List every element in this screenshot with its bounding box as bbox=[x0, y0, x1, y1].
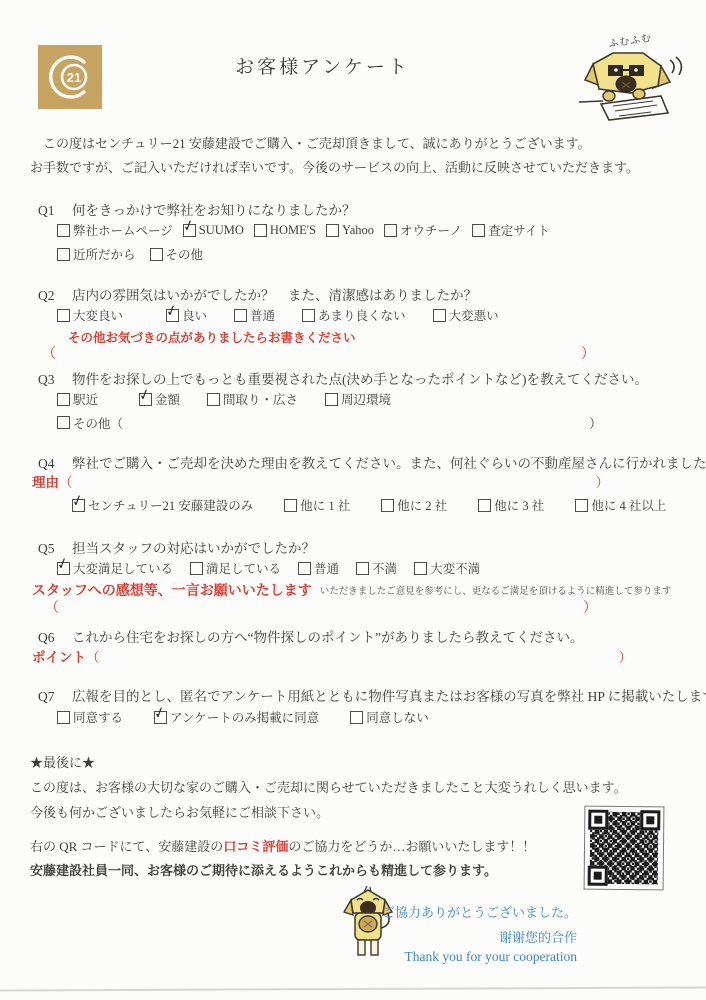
option-q2-good[interactable]: 良い bbox=[166, 306, 207, 324]
checkbox[interactable] bbox=[57, 562, 70, 575]
option-label: 不満 bbox=[372, 559, 397, 577]
option-label: 査定サイト bbox=[488, 221, 550, 239]
option-label: その他（ bbox=[73, 414, 123, 432]
option-label: 普通 bbox=[250, 306, 275, 324]
option-q1-neighborhood[interactable]: 近所だから bbox=[57, 245, 136, 263]
option-q4-three-others[interactable]: 他に 3 社 bbox=[478, 496, 544, 514]
paren-open: （ bbox=[42, 343, 56, 363]
option-label: 満足している bbox=[206, 559, 281, 577]
checkbox[interactable] bbox=[350, 711, 363, 724]
option-q1-other[interactable]: その他 bbox=[150, 245, 204, 263]
checkbox[interactable] bbox=[381, 499, 394, 512]
q6-number: Q6 bbox=[38, 630, 72, 646]
paren-close: ） bbox=[581, 343, 595, 363]
option-label: 近所だから bbox=[73, 245, 136, 263]
q3-other-response-area[interactable]: その他（ ） bbox=[57, 413, 602, 432]
checkbox[interactable] bbox=[139, 393, 152, 406]
option-label: HOME'S bbox=[270, 223, 316, 238]
q7-text: 広報を目的とし、匿名でアンケート用紙とともに物件写真またはお客様の写真を弊社 H… bbox=[72, 689, 706, 704]
qr-request-post: のご協力をどうか…お願いいたします！！ bbox=[288, 839, 535, 854]
option-q1-yahoo[interactable]: Yahoo bbox=[326, 223, 374, 238]
option-q5-normal[interactable]: 普通 bbox=[298, 559, 339, 577]
option-label: 大変不満 bbox=[430, 559, 480, 577]
option-q2-normal[interactable]: 普通 bbox=[234, 306, 275, 324]
option-label: 他に 3 社 bbox=[494, 496, 544, 514]
option-q5-dissatisfied[interactable]: 不満 bbox=[356, 559, 397, 577]
checkbox[interactable] bbox=[57, 309, 70, 322]
q2-free-response-area[interactable]: （ ） bbox=[42, 343, 595, 363]
q6-red-label: ポイント bbox=[32, 646, 86, 666]
checkbox[interactable] bbox=[57, 224, 70, 237]
option-q4-one-other[interactable]: 他に 1 社 bbox=[284, 496, 350, 514]
q2-text: 店内の雰囲気はいかがでしたか？ また、清潔感はありましたか？ bbox=[72, 288, 477, 303]
option-q1-satei-site[interactable]: 査定サイト bbox=[472, 221, 550, 239]
option-label: 他に 1 社 bbox=[300, 496, 350, 514]
option-q7-survey-only[interactable]: アンケートのみ掲載に同意 bbox=[154, 708, 319, 726]
option-q4-c21-only[interactable]: センチュリー21 安藤建設のみ bbox=[72, 496, 253, 514]
checkbox[interactable] bbox=[190, 562, 203, 575]
q3-text: 物件をお探しの上でもっとも重要視された点(決め手となったポイントなど)を教えてく… bbox=[72, 372, 648, 387]
checkbox[interactable] bbox=[325, 393, 338, 406]
option-q1-ouchino[interactable]: オウチーノ bbox=[384, 221, 462, 239]
paren-open: （ bbox=[86, 646, 100, 666]
option-label: 同意しない bbox=[366, 708, 429, 726]
option-label: 弊社ホームページ bbox=[73, 221, 173, 239]
q1-number: Q1 bbox=[38, 203, 72, 219]
q5-sub-note: いただきましたご意見を参考にし、更なるご満足を頂けるように精進して参ります bbox=[320, 583, 672, 597]
option-q2-not-so-good[interactable]: あまり良くない bbox=[302, 306, 406, 324]
option-label: 大変悪い bbox=[449, 306, 499, 324]
thanks-english: Thank you for your cooperation bbox=[300, 949, 577, 965]
checkbox[interactable] bbox=[284, 499, 297, 512]
paren-close: ） bbox=[619, 646, 633, 666]
checkbox[interactable] bbox=[472, 224, 485, 237]
checkbox[interactable] bbox=[154, 711, 167, 724]
thanks-japanese: ご協力ありがとうございました。 bbox=[300, 902, 577, 921]
checkbox[interactable] bbox=[433, 309, 446, 322]
qr-request-pre: 右の QR コードにて、安藤建設の bbox=[30, 839, 223, 854]
option-q3-environment[interactable]: 周辺環境 bbox=[325, 390, 391, 408]
option-label: 間取り・広さ bbox=[223, 390, 298, 408]
q4-text: 弊社でご購入・ご売却を決めた理由を教えてください。また、何社ぐらいの不動産屋さん… bbox=[72, 456, 706, 471]
closing-line-1: この度は、お客様の大切な家のご購入・ご売却に関らせていただきましたこと大変うれし… bbox=[30, 777, 627, 796]
scan-edge-line bbox=[0, 986, 706, 991]
option-q7-agree[interactable]: 同意する bbox=[57, 708, 123, 726]
option-q1-homes[interactable]: HOME'S bbox=[254, 223, 316, 238]
q6-point-response-area[interactable]: ポイント （ ） bbox=[32, 646, 632, 666]
paren-close: ） bbox=[583, 597, 597, 617]
dog-reading-illustration bbox=[573, 44, 685, 127]
option-label: センチュリー21 安藤建設のみ bbox=[88, 496, 253, 514]
intro-line-2: お手数ですが、ご記入いただければ幸いです。今後のサービスの向上、活動に反映させて… bbox=[30, 159, 690, 177]
option-q3-other[interactable]: その他（ bbox=[57, 414, 123, 432]
checkbox[interactable] bbox=[57, 416, 70, 429]
q1-text: 何をきっかけで弊社をお知りになりましたか？ bbox=[72, 203, 356, 218]
paren-open: （ bbox=[45, 597, 59, 617]
option-q2-very-bad[interactable]: 大変悪い bbox=[433, 306, 499, 324]
option-label: 他に 2 社 bbox=[397, 496, 447, 514]
option-label: 金額 bbox=[155, 390, 180, 408]
closing-line-2: 今後も何かございましたらお気軽にご相談下さい。 bbox=[30, 802, 329, 821]
qr-request-line-2: 安藤建設社員一同、お客様のご期待に添えるようこれからも精進して参ります。 bbox=[30, 860, 497, 879]
intro-line-1: この度はセンチュリー21 安藤建設でご購入・ご売却頂きまして、誠にありがとうござ… bbox=[30, 135, 680, 153]
option-label: 他に 4 社以上 bbox=[591, 496, 666, 514]
option-label: Yahoo bbox=[342, 223, 374, 238]
option-label: オウチーノ bbox=[400, 221, 462, 239]
option-q3-station[interactable]: 駅近 bbox=[57, 390, 98, 408]
checkbox[interactable] bbox=[298, 562, 311, 575]
checkbox[interactable] bbox=[478, 499, 491, 512]
option-label: あまり良くない bbox=[318, 306, 406, 324]
checkbox[interactable] bbox=[254, 224, 267, 237]
checkbox[interactable] bbox=[57, 393, 70, 406]
option-q5-very-dissatisfied[interactable]: 大変不満 bbox=[414, 559, 480, 577]
checkbox[interactable] bbox=[356, 562, 369, 575]
survey-page: 21 お客様アンケート ふむふむ この度はセンチュリー21 安藤建設でご購入 bbox=[0, 0, 706, 1000]
option-q3-layout[interactable]: 間取り・広さ bbox=[207, 390, 298, 408]
q4-reason-response-area[interactable]: 理由 （ ） bbox=[32, 471, 609, 491]
qr-code bbox=[584, 806, 665, 891]
checkbox[interactable] bbox=[384, 224, 397, 237]
checkbox[interactable] bbox=[57, 248, 70, 261]
option-label: SUUMO bbox=[199, 223, 244, 238]
option-label: アンケートのみ掲載に同意 bbox=[170, 708, 319, 726]
checkbox[interactable] bbox=[207, 393, 220, 406]
qr-request-highlight: 口コミ評価 bbox=[223, 839, 288, 854]
option-label: その他 bbox=[166, 245, 204, 263]
checkbox[interactable] bbox=[150, 248, 163, 261]
option-q4-four-plus[interactable]: 他に 4 社以上 bbox=[575, 496, 666, 514]
thanks-chinese: 谢谢您的合作 bbox=[300, 927, 577, 946]
q5-free-response-area[interactable]: （ ） bbox=[45, 597, 597, 617]
option-q1-homepage[interactable]: 弊社ホームページ bbox=[57, 221, 173, 239]
paren-open: （ bbox=[59, 471, 73, 491]
option-q4-two-others[interactable]: 他に 2 社 bbox=[381, 496, 447, 514]
option-q5-satisfied[interactable]: 満足している bbox=[190, 559, 281, 577]
checkbox[interactable] bbox=[72, 499, 85, 512]
checkbox[interactable] bbox=[414, 562, 427, 575]
q4-number: Q4 bbox=[38, 456, 72, 472]
q5-text: 担当スタッフの対応はいかがでしたか？ bbox=[72, 541, 315, 556]
option-label: 大変満足している bbox=[73, 559, 173, 577]
option-q3-price[interactable]: 金額 bbox=[139, 390, 180, 408]
checkbox[interactable] bbox=[166, 309, 179, 322]
option-q7-disagree[interactable]: 同意しない bbox=[350, 708, 429, 726]
q2-number: Q2 bbox=[38, 288, 72, 304]
option-q2-very-good[interactable]: 大変良い bbox=[57, 306, 123, 324]
checkbox[interactable] bbox=[302, 309, 315, 322]
q3-number: Q3 bbox=[38, 372, 72, 388]
option-label: 駅近 bbox=[73, 390, 98, 408]
option-label: 同意する bbox=[73, 708, 123, 726]
paren-close: ） bbox=[596, 471, 610, 491]
closing-star: ★最後に★ bbox=[30, 752, 95, 771]
option-q1-suumo[interactable]: SUUMO bbox=[183, 223, 244, 238]
option-q5-very-satisfied[interactable]: 大変満足している bbox=[57, 559, 173, 577]
q6-text: これから住宅をお探しの方へ“物件探しのポイント”がありましたら教えてください。 bbox=[72, 630, 583, 645]
option-label: 大変良い bbox=[73, 306, 123, 324]
paren-close: ） bbox=[589, 413, 602, 432]
checkbox[interactable] bbox=[326, 224, 339, 237]
checkbox[interactable] bbox=[57, 711, 70, 724]
option-label: 良い bbox=[182, 306, 207, 324]
q7-number: Q7 bbox=[38, 689, 72, 705]
checkbox[interactable] bbox=[234, 309, 247, 322]
q4-red-label: 理由 bbox=[32, 471, 59, 491]
option-label: 周辺環境 bbox=[341, 390, 391, 408]
option-label: 普通 bbox=[314, 559, 339, 577]
page-title: お客様アンケート bbox=[0, 52, 645, 79]
checkbox[interactable] bbox=[575, 499, 588, 512]
checkbox[interactable] bbox=[183, 224, 196, 237]
